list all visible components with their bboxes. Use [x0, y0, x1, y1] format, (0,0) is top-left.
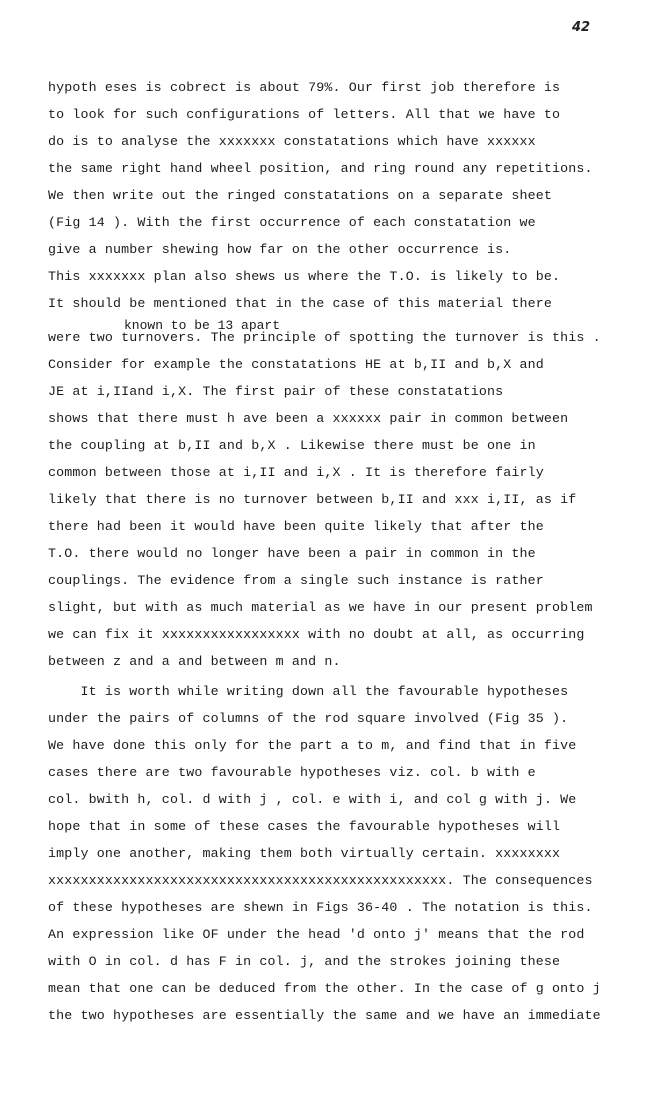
text-line: couplings. The evidence from a single su…	[48, 573, 544, 589]
text-line: do is to analyse the xxxxxxx constatatio…	[48, 134, 536, 150]
text-line: hope that in some of these cases the fav…	[48, 819, 560, 835]
text-line: the two hypotheses are essentially the s…	[48, 1008, 601, 1024]
text-line: between z and a and between m and n.	[48, 654, 341, 670]
text-line: We then write out the ringed constatatio…	[48, 188, 552, 204]
text-line: col. bwith h, col. d with j , col. e wit…	[48, 792, 576, 808]
text-line: It is worth while writing down all the f…	[48, 684, 568, 700]
text-line: we can fix it xxxxxxxxxxxxxxxxx with no …	[48, 627, 585, 643]
text-line: JE at i,IIand i,X. The first pair of the…	[48, 384, 503, 400]
text-line: This xxxxxxx plan also shews us where th…	[48, 269, 560, 285]
text-line: shows that there must h ave been a xxxxx…	[48, 411, 568, 427]
text-line: likely that there is no turnover between…	[48, 492, 576, 508]
text-line: We have done this only for the part a to…	[48, 738, 576, 754]
text-line: Consider for example the constatations H…	[48, 357, 544, 373]
text-line: the coupling at b,II and b,X . Likewise …	[48, 438, 536, 454]
text-line: (Fig 14 ). With the first occurrence of …	[48, 215, 536, 231]
text-line: were two turnovers. The principle of spo…	[48, 330, 601, 346]
text-line: hypoth eses is cobrect is about 79%. Our…	[48, 80, 560, 96]
text-line: xxxxxxxxxxxxxxxxxxxxxxxxxxxxxxxxxxxxxxxx…	[48, 873, 593, 889]
text-line: It should be mentioned that in the case …	[48, 296, 552, 312]
text-line: T.O. there would no longer have been a p…	[48, 546, 536, 562]
text-line: give a number shewing how far on the oth…	[48, 242, 511, 258]
text-line: there had been it would have been quite …	[48, 519, 544, 535]
text-line: mean that one can be deduced from the ot…	[48, 981, 601, 997]
text-line: cases there are two favourable hypothese…	[48, 765, 536, 781]
text-line: imply one another, making them both virt…	[48, 846, 560, 862]
text-line: under the pairs of columns of the rod sq…	[48, 711, 568, 727]
text-line: to look for such configurations of lette…	[48, 107, 560, 123]
text-line: common between those at i,II and i,X . I…	[48, 465, 544, 481]
text-line: An expression like OF under the head 'd …	[48, 927, 585, 943]
text-line: with O in col. d has F in col. j, and th…	[48, 954, 560, 970]
text-line: of these hypotheses are shewn in Figs 36…	[48, 900, 593, 916]
text-line: slight, but with as much material as we …	[48, 600, 593, 616]
text-line: the same right hand wheel position, and …	[48, 161, 593, 177]
page-number: 42	[572, 20, 590, 35]
